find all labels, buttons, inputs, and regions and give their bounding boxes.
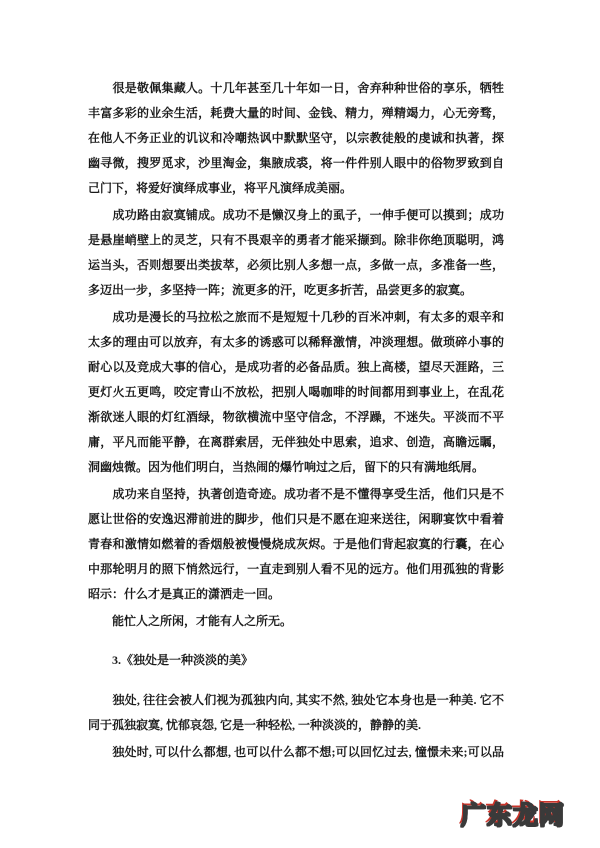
text-line: 成功来自坚持，执著创造奇迹。成功者不是不懂得享受生活，他们只是不 [88,482,504,507]
text-line: 耐心以及竞成大事的信心，是成功者的必备品质。独上高楼，望尽天涯路，三 [88,355,504,380]
para-solitude-think: 独处时, 可以什么都想, 也可以什么都不想;可以回忆过去, 憧憬未来;可以品 [88,740,504,765]
text-line: 3.《独处是一种淡淡的美》 [88,648,504,673]
text-line: 昭示：什么才是真正的潇洒走一回。 [88,582,504,607]
watermark-text: 广东龙网 [461,801,565,830]
para-marathon: 成功是漫长的马拉松之旅而不是短短十几秒的百米冲刺，有太多的艰辛和太多的理由可以放… [88,305,504,480]
text-line: 渐欲迷人眼的灯红酒绿，物欲横流中坚守信念，不浮躁，不迷失。平淡而不平 [88,405,504,430]
text-line: 己门下，将爱好演绎成事业，将平凡演绎成美丽。 [88,176,504,201]
text-line: 是悬崖峭壁上的灵芝，只有不畏艰辛的勇者才能采撷到。除非你绝顶聪明，鸿 [88,228,504,253]
text-line: 庸，平凡而能平静，在离群索居，无伴独处中思索，追求、创造，高瞻远瞩， [88,430,504,455]
text-line: 运当头，否则想要出类拔萃，必须比别人多想一点，多做一点，多准备一些， [88,253,504,278]
text-line: 能忙人之所闲，才能有人之所无。 [88,609,504,634]
para-persistence: 成功来自坚持，执著创造奇迹。成功者不是不懂得享受生活，他们只是不愿让世俗的安逸迟… [88,482,504,607]
text-line: 多迈出一步，多坚持一阵；流更多的汗，吃更多折苦，品尝更多的寂寞。 [88,278,504,303]
para-admire-collectors: 很是敬佩集藏人。十几年甚至几十年如一日，舍弃种种世俗的享乐，牺牲丰富多彩的业余生… [88,76,504,201]
watermark-logo: 广东龙网 广东龙网 [461,803,565,828]
text-line: 太多的理由可以放弃，有太多的诱惑可以稀释激情，冲淡理想。做琐碎小事的 [88,330,504,355]
text-line: 很是敬佩集藏人。十几年甚至几十年如一日，舍弃种种世俗的享乐，牺牲 [88,76,504,101]
heading-section-3: 3.《独处是一种淡淡的美》 [88,648,504,673]
text-line: 独处, 往往会被人们视为孤独内向, 其实不然, 独处它本身也是一种美. 它不 [88,688,504,713]
para-solitude-beauty: 独处, 往往会被人们视为孤独内向, 其实不然, 独处它本身也是一种美. 它不同于… [88,688,504,738]
para-success-road: 成功路由寂寞铺成。成功不是懒汉身上的虱子，一伸手便可以摸到；成功是悬崖峭壁上的灵… [88,203,504,303]
text-line: 中那轮明月的照下悄然远行，一直走到别人看不见的远方。他们用孤独的背影 [88,557,504,582]
document-page: 很是敬佩集藏人。十几年甚至几十年如一日，舍弃种种世俗的享乐，牺牲丰富多彩的业余生… [0,0,600,848]
text-line: 独处时, 可以什么都想, 也可以什么都不想;可以回忆过去, 憧憬未来;可以品 [88,740,504,765]
text-line: 成功是漫长的马拉松之旅而不是短短十几秒的百米冲刺，有太多的艰辛和 [88,305,504,330]
text-line: 成功路由寂寞铺成。成功不是懒汉身上的虱子，一伸手便可以摸到；成功 [88,203,504,228]
text-line: 幽寻微，搜罗觅求，沙里淘金，集腋成裘，将一件件别人眼中的俗物罗致到自 [88,151,504,176]
text-line: 同于孤独寂寞, 忧郁哀怨, 它是一种轻松, 一种淡淡的，静静的美. [88,713,504,738]
text-line: 在他人不务正业的讥议和冷嘲热讽中默默坚守，以宗教徒般的虔诚和执著，探 [88,126,504,151]
text-line: 丰富多彩的业余生活，耗费大量的时间、金钱、精力，殚精竭力，心无旁骛， [88,101,504,126]
text-line: 青春和激情如燃着的香烟般被慢慢烧成灰烬。于是他们背起寂寞的行囊，在心 [88,532,504,557]
text-line: 更灯火五更鸣，咬定青山不放松，把别人喝咖啡的时间都用到事业上，在乱花 [88,380,504,405]
document-text: 很是敬佩集藏人。十几年甚至几十年如一日，舍弃种种世俗的享乐，牺牲丰富多彩的业余生… [88,74,504,765]
text-line: 愿让世俗的安逸迟滞前进的脚步，他们只是不愿在迎来送往，闲聊宴饮中看着 [88,507,504,532]
text-line: 洞幽烛微。因为他们明白，当热闹的爆竹响过之后，留下的只有满地纸屑。 [88,455,504,480]
para-aphorism: 能忙人之所闲，才能有人之所无。 [88,609,504,634]
